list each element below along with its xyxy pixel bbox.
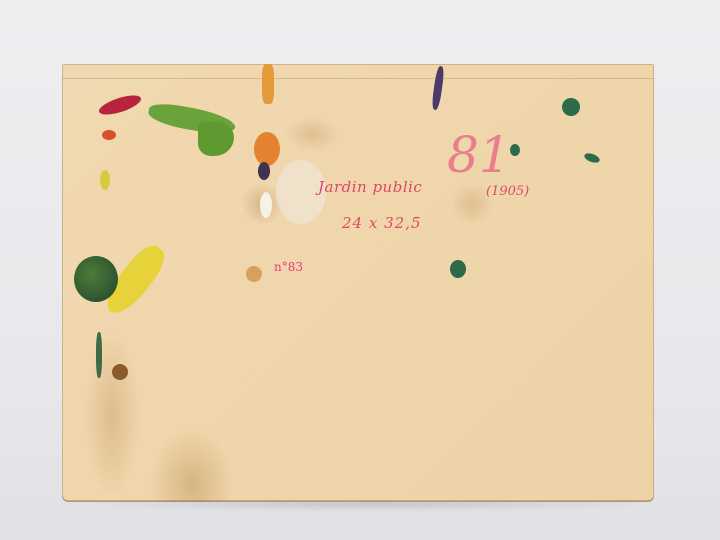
purple-top-stroke xyxy=(431,66,445,111)
green-speckles-right-lower xyxy=(583,152,601,165)
brown-dot-stain xyxy=(246,266,262,282)
inscription-inventory-number: n°83 xyxy=(274,260,303,274)
yellow-speck-left xyxy=(100,170,110,190)
green-paint-smear-tip xyxy=(198,122,234,156)
green-speckles-left-edge xyxy=(96,332,102,378)
brown-stain xyxy=(112,364,128,380)
orange-top-stroke xyxy=(262,64,274,104)
inscription-catalogue-number: 81 xyxy=(447,126,511,184)
red-orange-speck xyxy=(102,130,116,140)
green-speckles-center xyxy=(450,260,466,278)
crimson-paint-smear xyxy=(97,92,143,119)
green-speckles-right xyxy=(510,144,520,156)
dark-purple-paint-speck xyxy=(258,162,270,180)
inscription-title: Jardin public xyxy=(318,178,422,196)
inscription-dimensions: 24 x 32,5 xyxy=(342,214,421,232)
orange-paint-smear xyxy=(254,132,280,166)
dark-green-paint-blob xyxy=(74,256,118,302)
green-speckles-top-right xyxy=(562,98,580,116)
inscription-year: (1905) xyxy=(486,184,529,199)
board-edge-line xyxy=(62,78,654,79)
painting-board-back: Jardin public 24 x 32,5 81 (1905) n°83 xyxy=(62,64,654,502)
white-paint-dab xyxy=(260,192,272,218)
